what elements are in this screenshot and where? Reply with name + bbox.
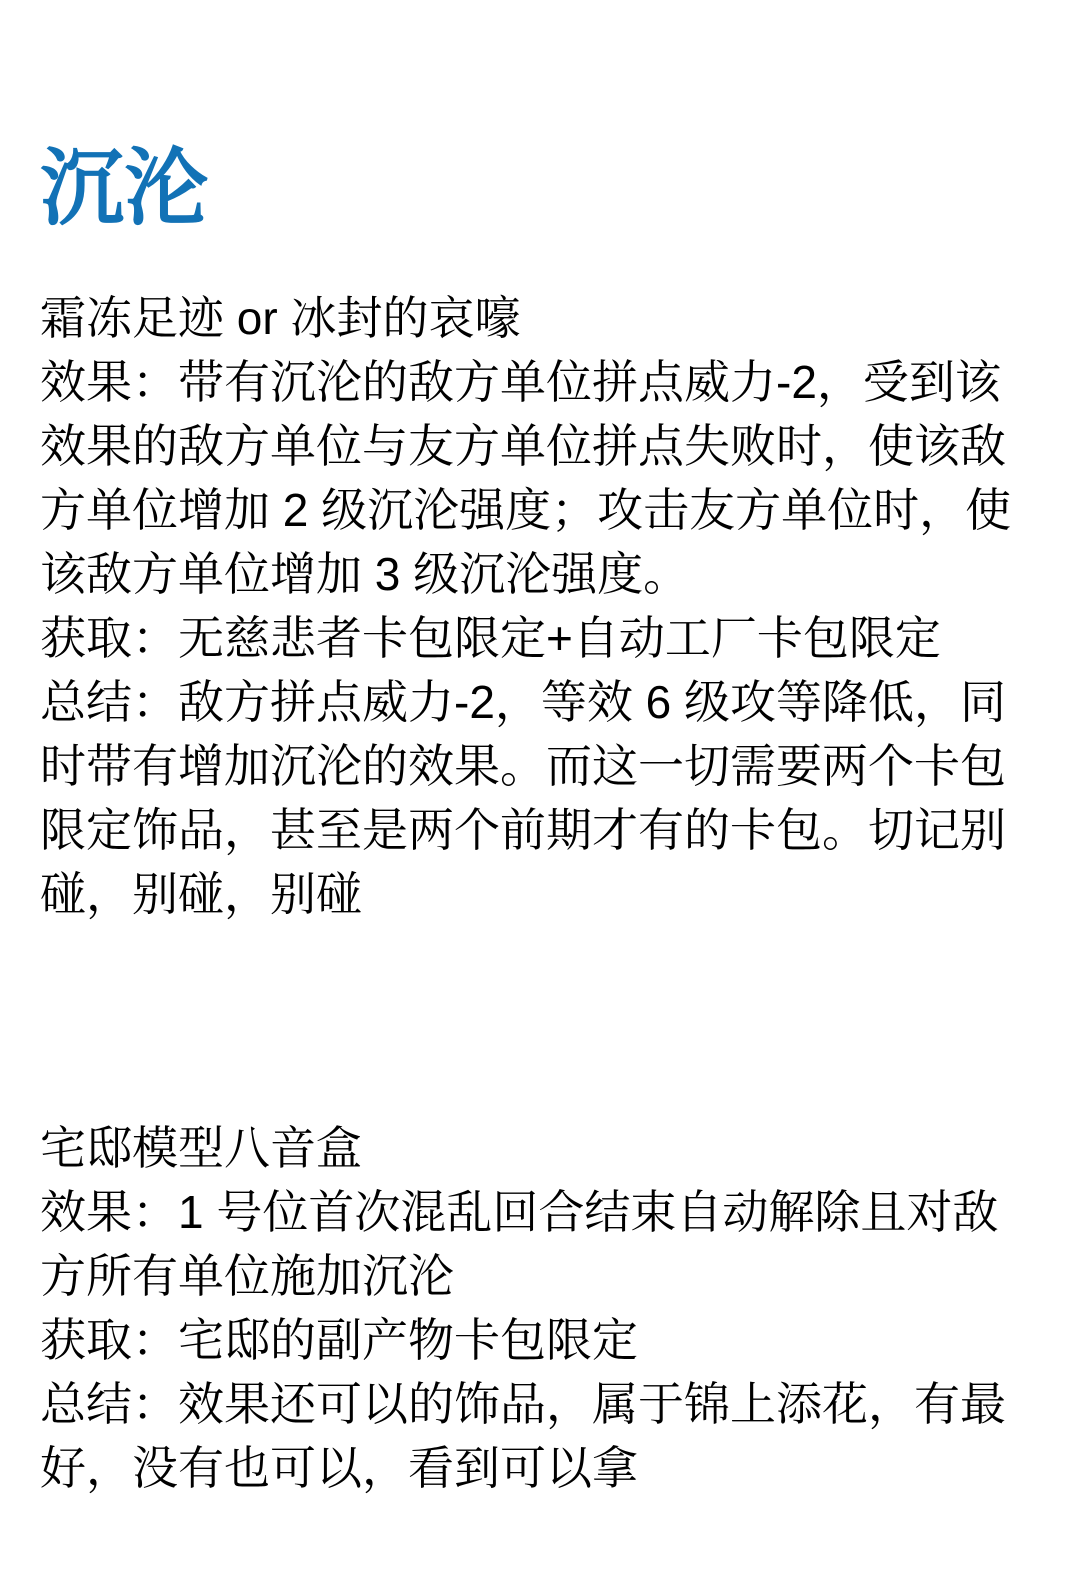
summary-line: 总结：效果还可以的饰品，属于锦上添花，有最 bbox=[40, 1372, 1040, 1436]
effect-line: 效果的敌方单位与友方单位拼点失败时，使该敌 bbox=[40, 414, 1040, 478]
summary-line: 时带有增加沉沦的效果。而这一切需要两个卡包 bbox=[40, 734, 1040, 798]
summary-line: 总结：敌方拼点威力-2，等效 6 级攻等降低，同 bbox=[40, 670, 1040, 734]
document-page: 沉沦 霜冻足迹 or 冰封的哀嚎 效果：带有沉沦的敌方单位拼点威力-2，受到该 … bbox=[0, 0, 1080, 1581]
summary-line: 好，没有也可以，看到可以拿 bbox=[40, 1436, 1040, 1500]
effect-line: 效果：带有沉沦的敌方单位拼点威力-2，受到该 bbox=[40, 350, 1040, 414]
obtain-line: 获取：宅邸的副产物卡包限定 bbox=[40, 1308, 1040, 1372]
item-name: 宅邸模型八音盒 bbox=[40, 1116, 1040, 1180]
item-name: 霜冻足迹 or 冰封的哀嚎 bbox=[40, 286, 1040, 350]
summary-line: 限定饰品，甚至是两个前期才有的卡包。切记别 bbox=[40, 798, 1040, 862]
section-music-box: 宅邸模型八音盒 效果：1 号位首次混乱回合结束自动解除且对敌 方所有单位施加沉沦… bbox=[40, 1116, 1040, 1500]
effect-line: 方单位增加 2 级沉沦强度；攻击友方单位时，使 bbox=[40, 478, 1040, 542]
page-title: 沉沦 bbox=[40, 138, 1040, 238]
summary-line: 碰，别碰，别碰 bbox=[40, 862, 1040, 926]
effect-line: 该敌方单位增加 3 级沉沦强度。 bbox=[40, 542, 1040, 606]
effect-line: 效果：1 号位首次混乱回合结束自动解除且对敌 bbox=[40, 1180, 1040, 1244]
section-frost-trinkets: 霜冻足迹 or 冰封的哀嚎 效果：带有沉沦的敌方单位拼点威力-2，受到该 效果的… bbox=[40, 286, 1040, 926]
obtain-line: 获取：无慈悲者卡包限定+自动工厂卡包限定 bbox=[40, 606, 1040, 670]
effect-line: 方所有单位施加沉沦 bbox=[40, 1244, 1040, 1308]
